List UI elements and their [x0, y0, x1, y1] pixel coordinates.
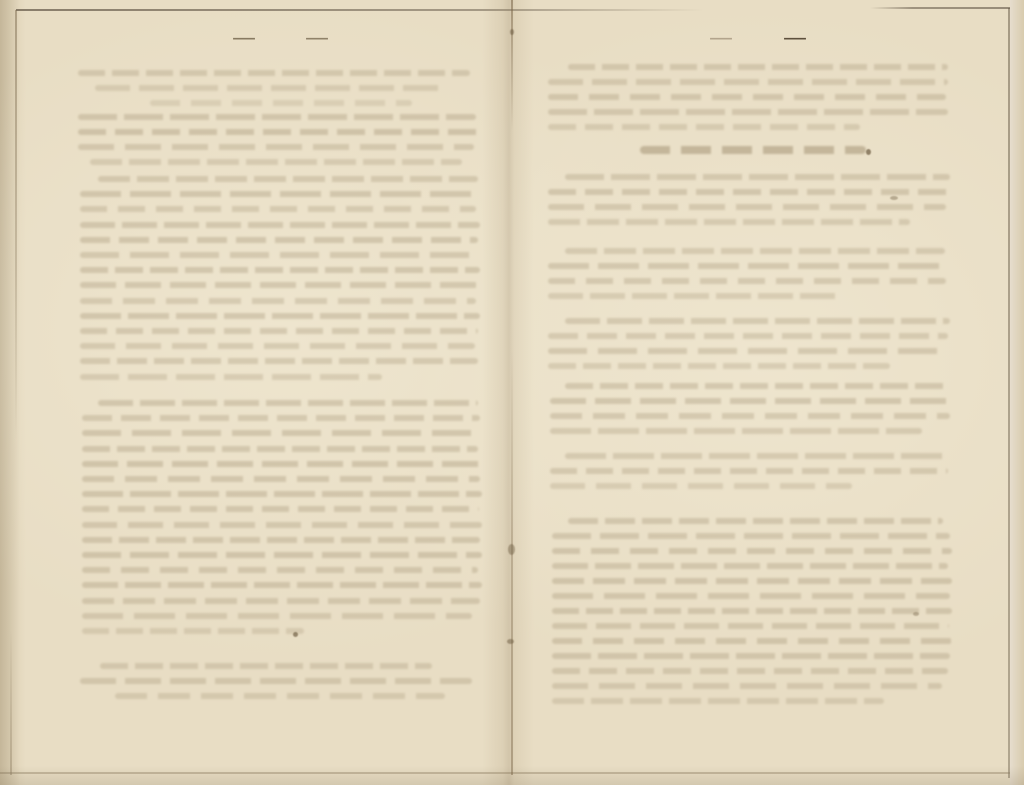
ghost-text-line [80, 328, 478, 334]
ink-speck [913, 612, 919, 616]
ghost-text-line [78, 144, 474, 150]
ghost-text-line [82, 582, 482, 588]
ghost-text-line [82, 446, 478, 452]
ghost-text-line [552, 668, 948, 674]
right-page-number-dash-left: — [708, 34, 734, 40]
ghost-text-line [80, 298, 476, 304]
ghost-text-line [80, 282, 478, 288]
left-edge-shadow [0, 0, 20, 785]
ghost-text-line [565, 453, 945, 459]
ghost-text-line [90, 159, 462, 165]
ghost-text-line [548, 363, 890, 369]
ghost-text-line [552, 548, 952, 554]
ghost-text-line [548, 189, 950, 195]
ink-speck [510, 29, 514, 35]
ghost-text-line [80, 191, 478, 197]
gutter-crease-bottom [511, 350, 513, 775]
ink-speck [890, 196, 898, 200]
ghost-text-line [548, 124, 860, 130]
ghost-text-line [552, 578, 952, 584]
ghost-text-line [552, 683, 942, 689]
ghost-text-line [82, 567, 478, 573]
ghost-text-line [548, 263, 948, 269]
ghost-text-line [552, 563, 948, 569]
page-edge-line-top-right [870, 7, 1010, 9]
ghost-text-line [82, 613, 472, 619]
ghost-text-line [552, 608, 952, 614]
book-gutter-shadow [482, 0, 534, 785]
ghost-text-line [565, 318, 950, 324]
ghost-text-line [80, 374, 382, 380]
ghost-text-line [82, 537, 480, 543]
ghost-text-line [552, 653, 950, 659]
gutter-crease-top [511, 0, 513, 130]
ghost-text-line [82, 415, 480, 421]
ghost-text-line [80, 237, 478, 243]
ghost-text-line [115, 693, 445, 699]
ghost-text-line [548, 109, 948, 115]
ghost-text-line [98, 400, 478, 406]
ghost-text-line [98, 176, 478, 182]
left-page-number-dash-left: — [231, 34, 257, 40]
ghost-text-line [80, 358, 478, 364]
ghost-text-line [550, 413, 950, 419]
ghost-text-line [565, 174, 950, 180]
ghost-text-line [552, 533, 950, 539]
left-page-number-dash-right: — [304, 34, 330, 40]
ghost-text-line [80, 206, 476, 212]
ghost-text-line [82, 522, 482, 528]
ghost-text-line [82, 491, 482, 497]
ghost-text-line [548, 94, 946, 100]
ghost-text-line [548, 204, 946, 210]
scanned-book-spread: — — — — [0, 0, 1024, 785]
ghost-text-line [548, 333, 948, 339]
ghost-text-line [82, 430, 482, 436]
ghost-text-line [548, 278, 946, 284]
right-page-number-dash-right: — [782, 34, 808, 40]
ink-speck [508, 544, 515, 555]
ghost-text-line [552, 623, 949, 629]
ghost-text-line [82, 552, 482, 558]
ghost-text-line [80, 343, 475, 349]
ghost-text-line [640, 146, 866, 154]
ink-speck [866, 149, 871, 155]
ghost-text-line [100, 663, 432, 669]
ghost-text-line [548, 79, 948, 85]
ghost-text-line [550, 468, 948, 474]
ghost-text-line [550, 398, 948, 404]
ghost-text-line [552, 698, 884, 704]
ghost-text-line [82, 628, 304, 634]
ghost-text-line [80, 313, 480, 319]
ghost-text-line [568, 64, 948, 70]
ghost-text-line [80, 252, 475, 258]
ghost-text-line [78, 70, 470, 76]
ghost-text-line [82, 476, 480, 482]
ghost-text-line [78, 129, 479, 135]
ghost-text-line [550, 483, 852, 489]
ghost-text-line [550, 428, 922, 434]
ghost-text-line [80, 267, 480, 273]
ghost-text-line [95, 85, 447, 91]
ghost-text-line [80, 678, 472, 684]
ghost-text-line [548, 348, 944, 354]
ghost-text-line [82, 461, 482, 467]
ink-speck [293, 632, 298, 637]
ghost-text-line [150, 100, 412, 106]
ghost-text-line [548, 219, 910, 225]
ghost-text-line [78, 114, 476, 120]
page-edge-line-top-left [16, 9, 704, 11]
ghost-text-line [548, 293, 840, 299]
ghost-text-line [565, 383, 945, 389]
ghost-text-line [552, 593, 950, 599]
ghost-text-line [565, 248, 945, 254]
ink-speck [507, 639, 514, 644]
ghost-text-line [80, 222, 480, 228]
ghost-text-line [82, 506, 479, 512]
underlying-page-strip-right [1010, 0, 1024, 785]
ghost-text-line [82, 598, 480, 604]
ghost-text-line [568, 518, 943, 524]
ghost-text-line [552, 638, 952, 644]
